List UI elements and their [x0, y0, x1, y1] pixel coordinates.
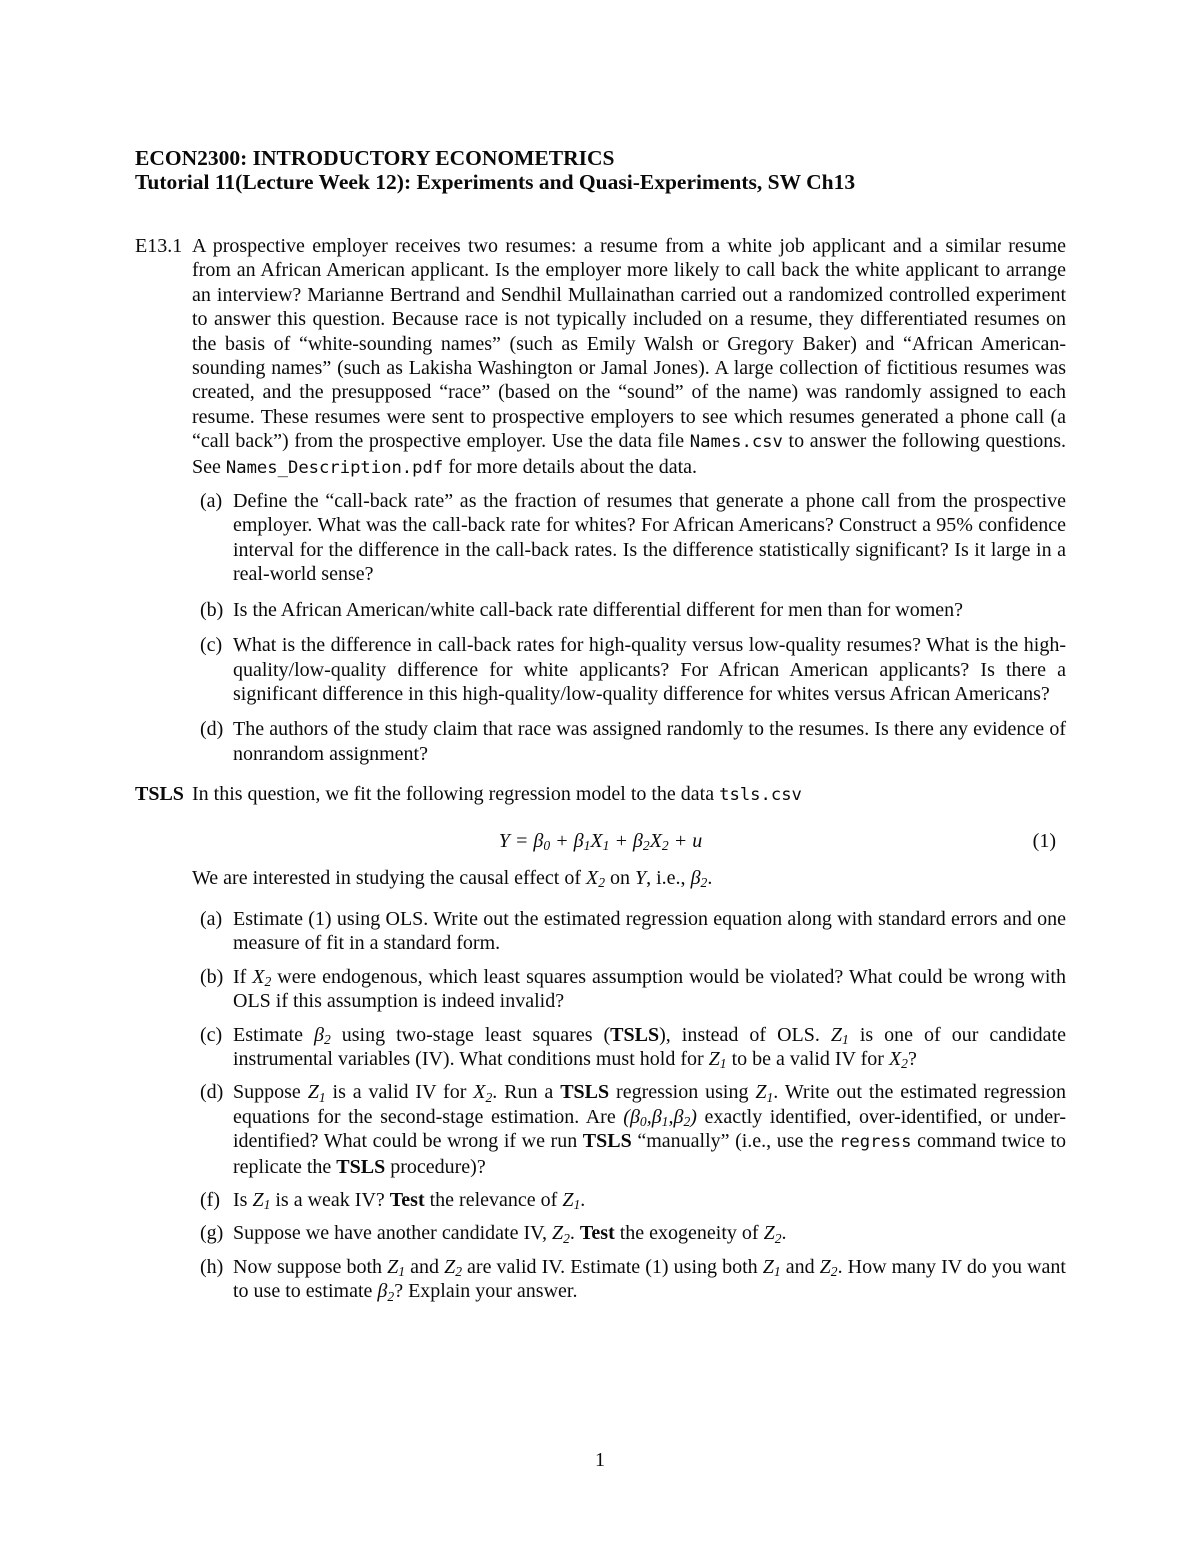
item-text: Is the African American/white call-back … [233, 598, 1066, 622]
tsls-note: We are interested in studying the causal… [192, 866, 1066, 890]
item-text: Estimate (1) using OLS. Write out the es… [233, 907, 1066, 956]
list-item: (d) The authors of the study claim that … [135, 717, 1066, 766]
item-label: (d) [200, 717, 233, 766]
item-label: (a) [200, 907, 233, 956]
item-label: (b) [200, 965, 233, 1014]
tsls-note-row: We are interested in studying the causal… [135, 866, 1066, 890]
list-item: (c) Estimate β2 using two-stage least sq… [135, 1023, 1066, 1072]
question-label: E13.1 [135, 234, 192, 480]
item-label: (b) [200, 598, 233, 622]
spacer [135, 866, 192, 890]
equation-number: (1) [1033, 828, 1056, 854]
item-label: (f) [200, 1188, 233, 1212]
question-intro: In this question, we fit the following r… [192, 782, 1066, 807]
item-text: Is Z1 is a weak IV? Test the relevance o… [233, 1188, 1066, 1212]
list-item: (c) What is the difference in call-back … [135, 633, 1066, 706]
item-text: Estimate β2 using two-stage least square… [233, 1023, 1066, 1072]
course-title: ECON2300: INTRODUCTORY ECONOMETRICS [135, 146, 1066, 170]
list-item: (h) Now suppose both Z1 and Z2 are valid… [135, 1255, 1066, 1304]
list-item: (a) Define the “call-back rate” as the f… [135, 489, 1066, 587]
question-intro: A prospective employer receives two resu… [192, 234, 1066, 480]
item-label: (c) [200, 1023, 233, 1072]
document-page: ECON2300: INTRODUCTORY ECONOMETRICS Tuto… [0, 0, 1200, 1553]
item-label: (h) [200, 1255, 233, 1304]
list-item: (g) Suppose we have another candidate IV… [135, 1221, 1066, 1245]
document-header: ECON2300: INTRODUCTORY ECONOMETRICS Tuto… [135, 0, 1066, 194]
item-text: Suppose Z1 is a valid IV for X2. Run a T… [233, 1080, 1066, 1179]
list-item: (a) Estimate (1) using OLS. Write out th… [135, 907, 1066, 956]
item-text: Suppose we have another candidate IV, Z2… [233, 1221, 1066, 1245]
regression-equation: Y = β0 + β1X1 + β2X2 + u [499, 830, 702, 852]
question-tsls: TSLS In this question, we fit the follow… [135, 782, 1066, 807]
list-item: (d) Suppose Z1 is a valid IV for X2. Run… [135, 1080, 1066, 1179]
page-number: 1 [0, 1448, 1200, 1472]
list-item: (f) Is Z1 is a weak IV? Test the relevan… [135, 1188, 1066, 1212]
list-item: (b) Is the African American/white call-b… [135, 598, 1066, 622]
item-label: (g) [200, 1221, 233, 1245]
item-text: The authors of the study claim that race… [233, 717, 1066, 766]
equation-row: Y = β0 + β1X1 + β2X2 + u (1) [135, 828, 1066, 854]
item-text: Define the “call-back rate” as the fract… [233, 489, 1066, 587]
question-e13-1: E13.1 A prospective employer receives tw… [135, 234, 1066, 480]
question-e13-1-items: (a) Define the “call-back rate” as the f… [135, 489, 1066, 766]
item-label: (d) [200, 1080, 233, 1179]
item-text: Now suppose both Z1 and Z2 are valid IV.… [233, 1255, 1066, 1304]
tutorial-title: Tutorial 11(Lecture Week 12): Experiment… [135, 170, 1066, 194]
list-item: (b) If X2 were endogenous, which least s… [135, 965, 1066, 1014]
question-label: TSLS [135, 782, 192, 807]
item-text: If X2 were endogenous, which least squar… [233, 965, 1066, 1014]
question-tsls-items: (a) Estimate (1) using OLS. Write out th… [135, 907, 1066, 1304]
item-label: (c) [200, 633, 233, 706]
item-text: What is the difference in call-back rate… [233, 633, 1066, 706]
item-label: (a) [200, 489, 233, 587]
